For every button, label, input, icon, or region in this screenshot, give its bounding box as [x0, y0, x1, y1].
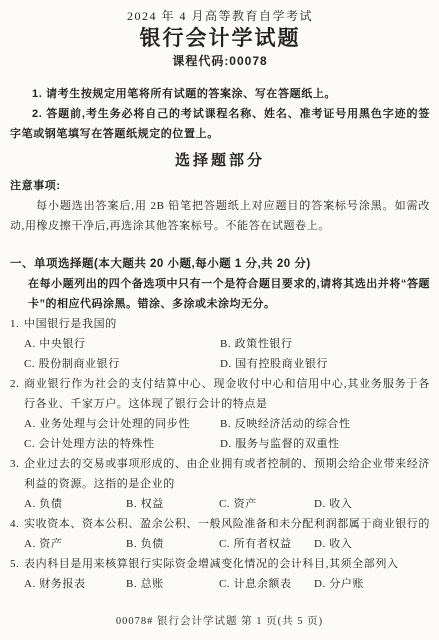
question-4: 4. 实收资本、资本公积、盈余公积、一般风险准备和未分配利润都属于商业银行的 A…: [10, 514, 430, 554]
question-4-options: A. 资产 B. 负债 C. 所有者权益 D. 收入: [24, 534, 430, 554]
question-2-option-a: A. 业务处理与会计处理的同步性: [24, 414, 220, 434]
question-2-option-d: D. 服务与监督的双重性: [220, 434, 430, 454]
question-5-text: 表内科目是用来核算银行实际资金增减变化情况的会计科目,其须全部列入: [24, 554, 430, 574]
exam-session-line: 2024 年 4 月高等教育自学考试: [10, 8, 430, 24]
question-1-options: A. 中央银行 B. 政策性银行 C. 股份制商业银行 D. 国有控股商业银行: [24, 334, 430, 374]
question-2-text: 商业银行作为社会的支付结算中心、现金收付中心和信用中心,其业务服务于各行各业、千…: [24, 374, 430, 414]
question-2-number: 2.: [10, 374, 19, 394]
page-footer: 00078# 银行会计学试题 第 1 页(共 5 页): [0, 613, 439, 628]
question-3-number: 3.: [10, 454, 19, 474]
question-5-option-d: D. 分户账: [314, 574, 430, 594]
question-5: 5. 表内科目是用来核算银行实际资金增减变化情况的会计科目,其须全部列入 A. …: [10, 554, 430, 594]
notice-label: 注意事项:: [10, 176, 430, 196]
question-4-option-c: C. 所有者权益: [219, 534, 314, 554]
question-5-options: A. 财务报表 B. 总账 C. 计息余额表 D. 分户账: [24, 574, 430, 594]
exam-paper-page: 2024 年 4 月高等教育自学考试 银行会计学试题 课程代码:00078 1.…: [0, 0, 439, 640]
question-5-number: 5.: [10, 554, 19, 574]
question-3-text: 企业过去的交易或事项形成的、由企业拥有或者控制的、预期会给企业带来经济利益的资源…: [24, 454, 430, 494]
question-5-option-b: B. 总账: [126, 574, 219, 594]
part-one-heading: 一、单项选择题(本大题共 20 小题,每小题 1 分,共 20 分): [10, 254, 430, 274]
question-4-number: 4.: [10, 514, 19, 534]
question-2-options: A. 业务处理与会计处理的同步性 B. 反映经济活动的综合性 C. 会计处理方法…: [24, 414, 430, 454]
question-3-option-a: A. 负债: [24, 494, 126, 514]
question-1-number: 1.: [10, 314, 19, 334]
question-5-option-c: C. 计息余额表: [219, 574, 314, 594]
question-4-text: 实收资本、资本公积、盈余公积、一般风险准备和未分配利润都属于商业银行的: [24, 514, 430, 534]
question-2-option-b: B. 反映经济活动的综合性: [220, 414, 430, 434]
question-4-option-a: A. 资产: [24, 534, 126, 554]
instruction-item-1: 1. 请考生按规定用笔将所有试题的答案涂、写在答题纸上。: [10, 84, 430, 104]
part-one-description: 在每小题列出的四个备选项中只有一个是符合题目要求的,请将其选出并将“答题卡”的相…: [28, 274, 430, 314]
question-3-option-c: C. 资产: [219, 494, 314, 514]
notice-text: 每小题选出答案后,用 2B 铅笔把答题纸上对应题目的答案标号涂黑。如需改动,用橡…: [10, 196, 430, 236]
question-4-option-b: B. 负债: [126, 534, 219, 554]
question-1-text: 中国银行是我国的: [24, 314, 430, 334]
paper-header: 2024 年 4 月高等教育自学考试 银行会计学试题 课程代码:00078: [10, 8, 430, 69]
question-1-option-d: D. 国有控股商业银行: [220, 354, 430, 374]
question-3: 3. 企业过去的交易或事项形成的、由企业拥有或者控制的、预期会给企业带来经济利益…: [10, 454, 430, 514]
question-3-option-d: D. 收入: [314, 494, 430, 514]
page-title: 银行会计学试题: [10, 27, 430, 51]
question-1-option-c: C. 股份制商业银行: [24, 354, 220, 374]
notice-block: 注意事项: 每小题选出答案后,用 2B 铅笔把答题纸上对应题目的答案标号涂黑。如…: [10, 176, 430, 236]
section-title: 选择题部分: [10, 151, 430, 171]
question-3-options: A. 负债 B. 权益 C. 资产 D. 收入: [24, 494, 430, 514]
question-3-option-b: B. 权益: [126, 494, 219, 514]
question-list: 1. 中国银行是我国的 A. 中央银行 B. 政策性银行 C. 股份制商业银行 …: [10, 314, 430, 594]
question-1: 1. 中国银行是我国的 A. 中央银行 B. 政策性银行 C. 股份制商业银行 …: [10, 314, 430, 374]
instruction-item-2: 2. 答题前,考生务必将自己的考试课程名称、姓名、准考证号用黑色字迹的签字笔或钢…: [10, 104, 430, 144]
question-1-option-b: B. 政策性银行: [220, 334, 430, 354]
question-5-option-a: A. 财务报表: [24, 574, 126, 594]
question-1-option-a: A. 中央银行: [24, 334, 220, 354]
course-code: 课程代码:00078: [10, 53, 430, 69]
question-2: 2. 商业银行作为社会的支付结算中心、现金收付中心和信用中心,其业务服务于各行各…: [10, 374, 430, 454]
question-2-option-c: C. 会计处理方法的特殊性: [24, 434, 220, 454]
question-4-option-d: D. 收入: [314, 534, 430, 554]
candidate-instructions: 1. 请考生按规定用笔将所有试题的答案涂、写在答题纸上。 2. 答题前,考生务必…: [10, 84, 430, 144]
